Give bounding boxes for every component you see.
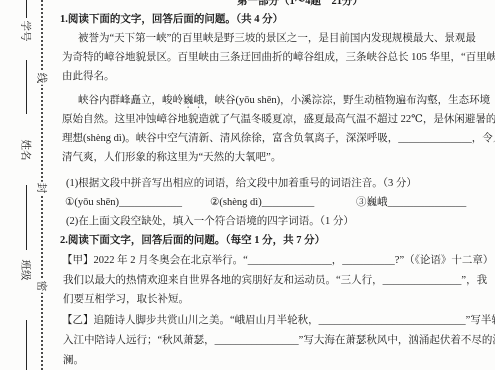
item-label: 巍峨	[367, 197, 388, 208]
margin-label-student-id: 学号	[19, 21, 34, 42]
q1-sub1: (1)根据文段中拼音写出相应的词语，给文段中加着重号的词语注音。（3 分）	[66, 177, 417, 191]
pinyin-blank-item-2: ②(shèng dì)__________	[210, 196, 314, 209]
q1-para2-line3: 理想(shèng dì)。峡谷中空气清新、清风徐徐，富含负氧离子，深深呼吸，__…	[62, 132, 495, 146]
margin-writein-line-top	[26, 0, 27, 18]
pinyin-blank-item-1: ①(yōu shēn)____________	[65, 196, 182, 209]
margin-label-name: 姓名	[19, 140, 34, 161]
q2-title: 2.阅读下面文字，回答后面的问题。（每空 1 分，共 7 分）	[60, 234, 325, 248]
q1-para1-line1: 被誉为“天下第一峡”的百里峡是野三坡的景区之一，是目前国内发现规模最大、景观最	[78, 32, 476, 46]
emphasized-word-weie: 巍峨	[183, 95, 204, 106]
text-segment: ，峡谷(yōu shēn)，小溪淙淙，野生动植物遍布沟壑，生态环境	[204, 95, 490, 106]
text-segment: 峡谷内群峰矗立，峻岭	[78, 95, 183, 106]
q2-yi-line2: 入江中陪诗人远行；“秋风萧瑟，________________”写大海在萧瑟秋风…	[63, 334, 495, 348]
q1-sub2: (2)在上面文段空缺处，填入一个符合语境的四字词语。（1 分）	[66, 215, 354, 229]
answer-blank: ____________	[119, 197, 182, 208]
answer-blank: _______________	[388, 197, 467, 208]
item-number: ①	[65, 197, 74, 208]
margin-label-class: 班级	[19, 260, 34, 281]
item-label: (yōu shēn)	[74, 197, 119, 208]
margin-writein-line-class	[26, 320, 27, 370]
item-label: (shèng dì)	[219, 197, 261, 208]
q1-para2-line4: 清气爽，人们形象的称这里为“天然的大氧吧”。	[62, 151, 281, 165]
q2-yi-line1: 【乙】追随诗人脚步共赏山川之美。“峨眉山月半轮秋，_______________…	[62, 314, 495, 328]
seal-char-xian: 线	[35, 72, 50, 85]
q1-para2-line1: 峡谷内群峰矗立，峻岭巍峨，峡谷(yōu shēn)，小溪淙淙，野生动植物遍布沟壑…	[78, 94, 490, 108]
q1-pinyin-answer-row: ①(yōu shēn)____________ ②(shèng dì)_____…	[0, 196, 495, 210]
q1-para1-line3: 由此得名。	[62, 70, 115, 84]
q2-jia-line1: 【甲】2022 年 2 月冬奥会在北京举行。“________________，…	[62, 254, 493, 268]
exam-paper-page: 第一部分（1～4题 21分） 学号 姓名 班级 线 封 密 1.阅读下面的文字，…	[0, 0, 495, 370]
margin-writein-line-student-id	[26, 60, 27, 114]
item-number: ②	[210, 197, 219, 208]
margin-writein-line-name	[26, 185, 27, 250]
q1-para2-line2: 原始自然。这里冲蚀嶂谷地貌造就了气温冬暖夏凉，盛夏最高气温不超过 22℃，是休闲…	[62, 113, 495, 127]
answer-blank: __________	[262, 197, 315, 208]
part-header-clipped: 第一部分（1～4题 21分）	[100, 0, 495, 8]
q2-jia-line2: 我们以最大的热情欢迎来自世界各地的宾朋好友和运动员。“三人行，_________…	[63, 274, 487, 288]
q1-para1-line2: 为奇特的嶂谷地貌景区。百里峡由三条迂回曲折的嶂谷组成，三条峡谷总长 105 华里…	[62, 51, 495, 65]
item-number: ③	[356, 197, 367, 208]
q2-yi-line3: 澜。	[63, 354, 84, 368]
q2-jia-line3: 们要互相学习，取长补短。	[63, 293, 189, 307]
pinyin-blank-item-3: ③巍峨_______________	[356, 196, 466, 209]
seal-char-mi: 密	[35, 280, 50, 293]
seal-char-feng: 封	[35, 182, 50, 195]
q1-title: 1.阅读下面的文字，回答后面的问题。（共 4 分）	[60, 13, 283, 27]
